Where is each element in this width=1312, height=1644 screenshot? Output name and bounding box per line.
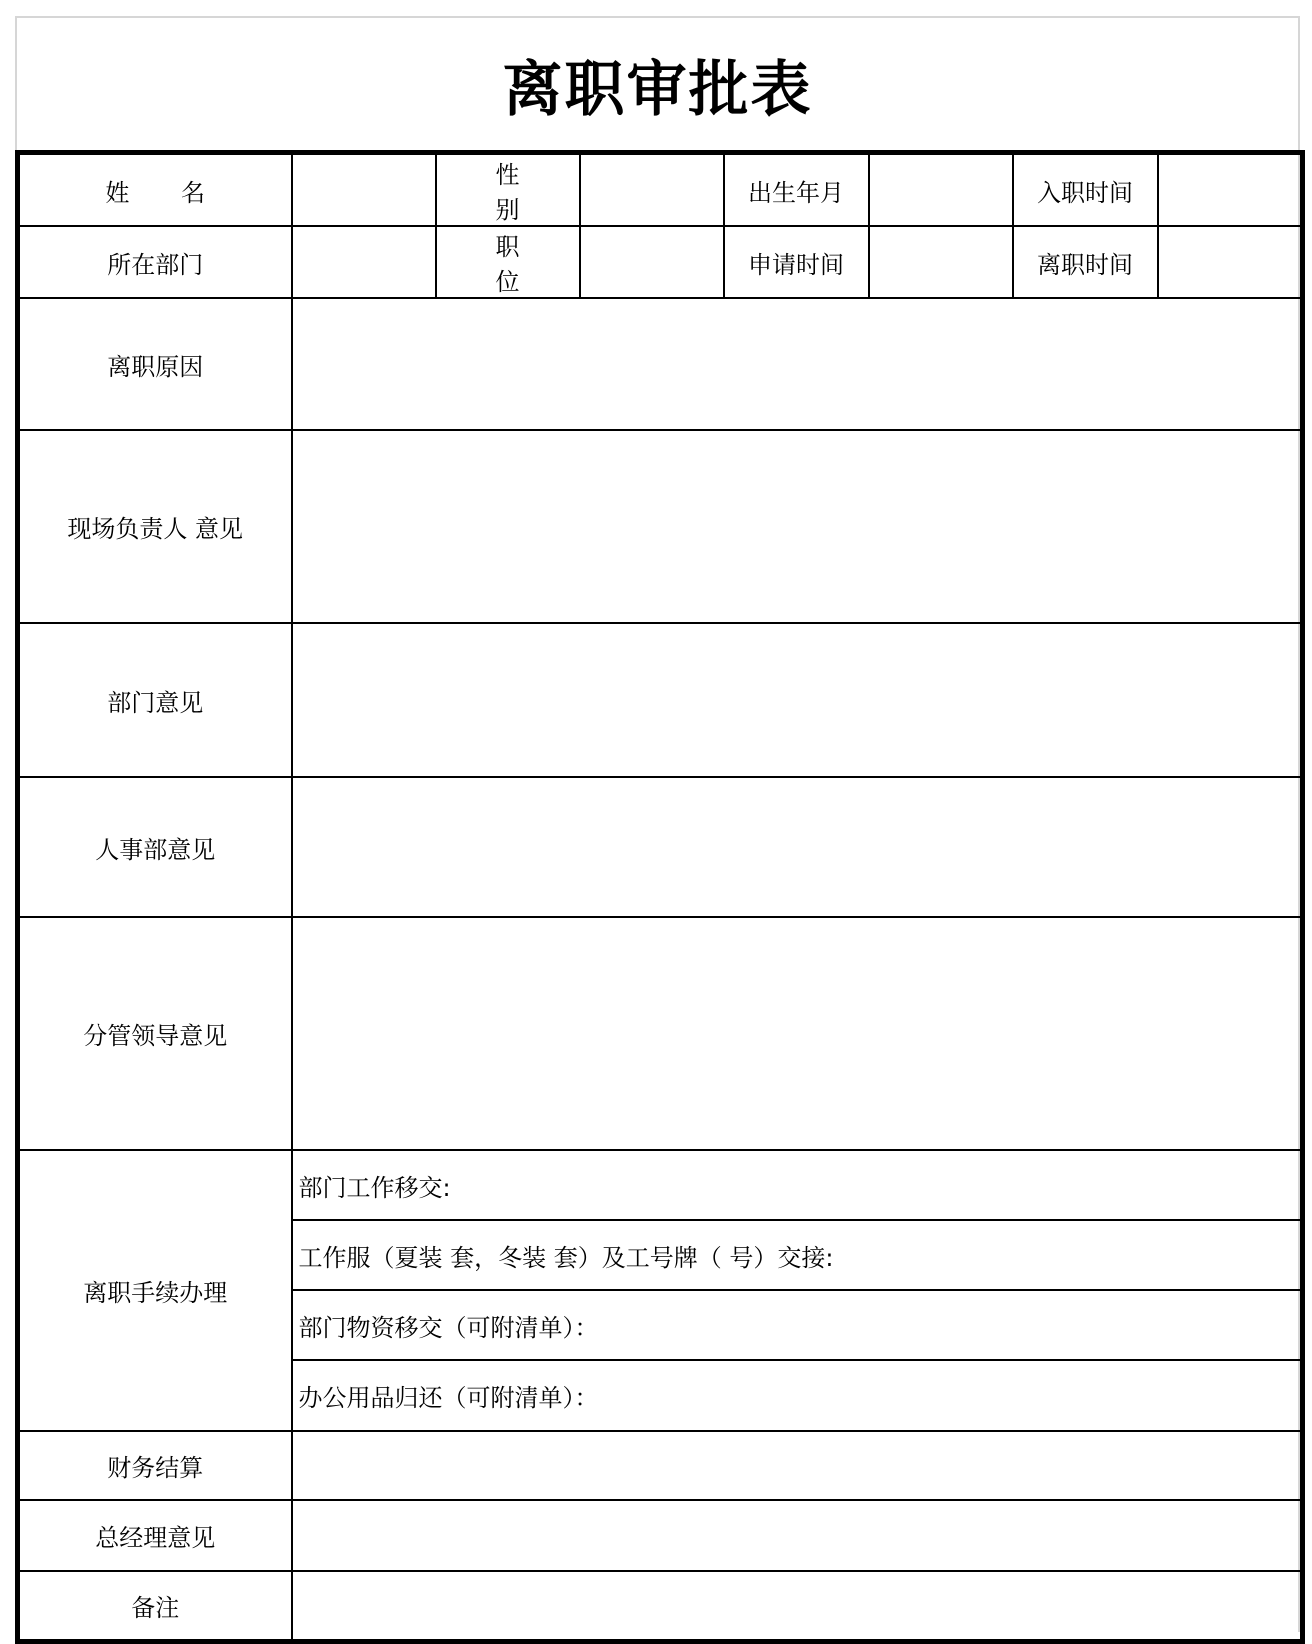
basic-info-row-1: 姓 名 性 别 出生年月 入职时间	[18, 153, 1303, 227]
field-gender[interactable]	[580, 153, 724, 227]
field-remarks[interactable]	[292, 1571, 1303, 1641]
department-opinion-row: 部门意见	[18, 623, 1303, 777]
field-name[interactable]	[292, 153, 436, 227]
basic-info-row-2: 所在部门 职 位 申请时间 离职时间	[18, 226, 1303, 298]
label-procedures: 离职手续办理	[18, 1150, 292, 1431]
site-manager-row: 现场负责人 意见	[18, 430, 1303, 623]
label-remarks: 备注	[18, 1571, 292, 1641]
procedure-office-supplies-return[interactable]: 办公用品归还（可附清单）：	[292, 1360, 1303, 1431]
label-resignation-date: 离职时间	[1013, 226, 1158, 298]
label-gm-opinion: 总经理意见	[18, 1500, 292, 1571]
field-department-opinion[interactable]	[292, 623, 1303, 777]
leader-opinion-row: 分管领导意见	[18, 917, 1303, 1150]
field-resignation-date[interactable]	[1158, 226, 1303, 298]
hr-opinion-row: 人事部意见	[18, 777, 1303, 917]
field-finance[interactable]	[292, 1431, 1303, 1500]
field-site-manager-opinion[interactable]	[292, 430, 1303, 623]
label-reason: 离职原因	[18, 298, 292, 430]
field-hire-date[interactable]	[1158, 153, 1303, 227]
field-birth-date[interactable]	[869, 153, 1013, 227]
label-gender: 性 别	[436, 153, 580, 227]
label-hire-date: 入职时间	[1013, 153, 1158, 227]
label-finance: 财务结算	[18, 1431, 292, 1500]
field-hr-opinion[interactable]	[292, 777, 1303, 917]
procedure-materials-handover[interactable]: 部门物资移交（可附清单）：	[292, 1290, 1303, 1360]
field-department[interactable]	[292, 226, 436, 298]
field-reason[interactable]	[292, 298, 1303, 430]
reason-row: 离职原因	[18, 298, 1303, 430]
remarks-row: 备注	[18, 1571, 1303, 1641]
field-leader-opinion[interactable]	[292, 917, 1303, 1150]
label-department: 所在部门	[18, 226, 292, 298]
resignation-form-table: 姓 名 性 别 出生年月 入职时间 所在部门 职 位 申请时间 离职时间 离职原…	[15, 150, 1305, 1644]
field-application-date[interactable]	[869, 226, 1013, 298]
label-birth-date: 出生年月	[724, 153, 869, 227]
field-position[interactable]	[580, 226, 724, 298]
procedure-row-1: 离职手续办理 部门工作移交:	[18, 1150, 1303, 1220]
gm-opinion-row: 总经理意见	[18, 1500, 1303, 1571]
page-title: 离职审批表	[15, 16, 1300, 153]
label-hr-opinion: 人事部意见	[18, 777, 292, 917]
label-position: 职 位	[436, 226, 580, 298]
label-department-opinion: 部门意见	[18, 623, 292, 777]
label-application-date: 申请时间	[724, 226, 869, 298]
label-leader-opinion: 分管领导意见	[18, 917, 292, 1150]
finance-row: 财务结算	[18, 1431, 1303, 1500]
label-site-manager-opinion: 现场负责人 意见	[18, 430, 292, 623]
procedure-uniform-badge-handover[interactable]: 工作服（夏装 套，冬装 套）及工号牌（ 号）交接:	[292, 1220, 1303, 1290]
procedure-work-handover[interactable]: 部门工作移交:	[292, 1150, 1303, 1220]
label-name: 姓 名	[18, 153, 292, 227]
field-gm-opinion[interactable]	[292, 1500, 1303, 1571]
